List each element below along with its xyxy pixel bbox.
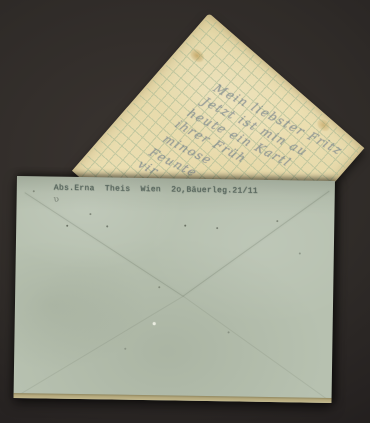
- flap-crease: [19, 296, 183, 395]
- flap-crease: [24, 192, 183, 296]
- envelope-back: Abs.Erna Theis Wien 2o,Bäuerleg.21/11 ʋ: [14, 176, 335, 403]
- white-speck: [153, 322, 156, 325]
- pencil-mark: ʋ: [53, 194, 60, 205]
- photo-backdrop: Mein liebster Fritz Jetzt ist min au heu…: [0, 0, 370, 423]
- paper-specks: [17, 176, 19, 178]
- flap-crease: [183, 296, 328, 400]
- envelope-bottom-edge: [14, 393, 332, 403]
- flap-crease: [183, 191, 330, 297]
- typewritten-sender-line: Abs.Erna Theis Wien 2o,Bäuerleg.21/11: [54, 184, 258, 196]
